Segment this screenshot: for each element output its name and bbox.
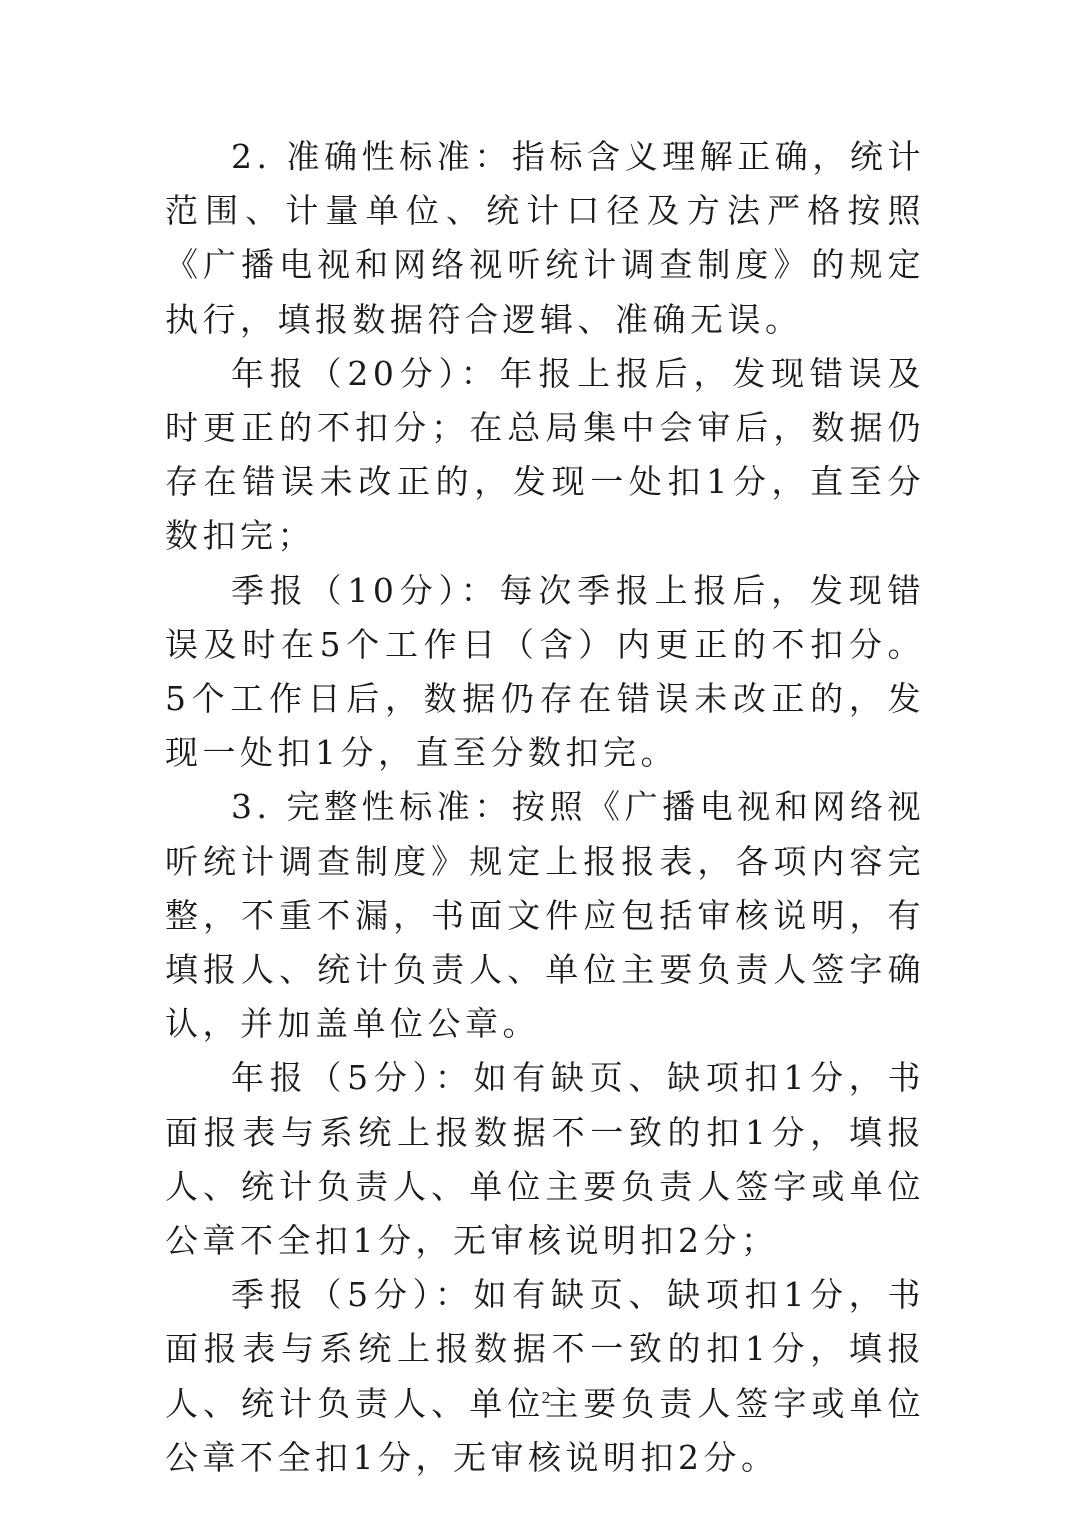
paragraph-completeness-quarterly-report: 季报（5分）：如有缺页、缺项扣1分，书面报表与系统上报数据不一致的扣1分，填报人… [165, 1268, 925, 1485]
document-page: 2. 准确性标准：指标含义理解正确，统计范围、计量单位、统计口径及方法严格按照《… [0, 0, 1080, 1527]
paragraph-accuracy-quarterly-report: 季报（10分）：每次季报上报后，发现错误及时在5个工作日（含）内更正的不扣分。5… [165, 564, 925, 781]
paragraph-completeness-annual-report: 年报（5分）：如有缺页、缺项扣1分，书面报表与系统上报数据不一致的扣1分，填报人… [165, 1051, 925, 1268]
paragraph-accuracy-annual-report: 年报（20分）：年报上报后，发现错误及时更正的不扣分；在总局集中会审后，数据仍存… [165, 347, 925, 564]
paragraph-accuracy-standard: 2. 准确性标准：指标含义理解正确，统计范围、计量单位、统计口径及方法严格按照《… [165, 130, 925, 347]
document-body: 2. 准确性标准：指标含义理解正确，统计范围、计量单位、统计口径及方法严格按照《… [165, 130, 925, 1485]
paragraph-completeness-standard: 3. 完整性标准：按照《广播电视和网络视听统计调查制度》规定上报报表，各项内容完… [165, 780, 925, 1051]
page-number: 2 [538, 1388, 554, 1408]
